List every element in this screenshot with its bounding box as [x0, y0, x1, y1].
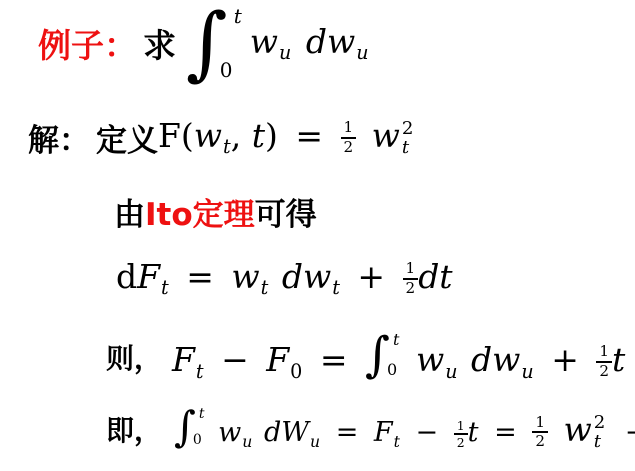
subscript-t: t: [402, 138, 414, 157]
formula-line-then: 则， Ft − F0 = ∫ t 0 wu dwu + 1 2 t: [106, 328, 625, 386]
sup-sub-stack: 2t: [594, 413, 606, 451]
fraction-numerator: 1: [454, 419, 468, 435]
by-label: 由: [114, 189, 145, 234]
subscript-t: t: [394, 432, 400, 451]
integrand: wu dwu: [250, 22, 369, 65]
differential-d: d: [471, 340, 492, 379]
subscript-t: t: [594, 432, 606, 451]
function-F: F: [158, 116, 181, 155]
that-is-label: 即，: [106, 409, 162, 449]
enlarged-term: 1 2 w2t: [532, 410, 615, 449]
math-var-W: W: [281, 417, 309, 448]
equals-sign: =: [336, 417, 359, 448]
formula-line-example: 例子： 求 ∫ t 0 wu dwu: [38, 4, 369, 82]
inline-integral: ∫ t 0: [365, 331, 399, 379]
fraction-one-half: 1 2: [532, 415, 548, 451]
integral-upper-limit: t: [393, 332, 399, 348]
obtain-label: 可得: [255, 189, 317, 234]
math-var-w: w: [416, 340, 444, 379]
math-var-F: F: [374, 417, 393, 448]
subscript-u: u: [521, 360, 533, 383]
minus-sign: −: [221, 340, 249, 379]
ito-theorem-statement: 由 Ito定理 可得: [114, 190, 317, 232]
define-label: 定义: [96, 115, 158, 160]
fraction-denominator: 2: [406, 280, 416, 297]
formula-line-definition: 解： 定义 F(wt, t) = 1 2 w2t: [28, 110, 413, 164]
math-var-w: w: [218, 417, 241, 448]
math-var-w: w: [327, 22, 355, 61]
integral-lower-limit: 0: [387, 362, 399, 378]
fraction-denominator: 2: [344, 139, 354, 156]
find-prompt: 求: [143, 20, 176, 67]
subscript-u: u: [279, 41, 291, 64]
plus-sign: +: [357, 257, 385, 296]
equals-sign: =: [494, 417, 517, 448]
formula-line-result: 即， ∫ t 0 wu dWu = Ft − 1 2 t = 1 2 w2t −…: [106, 402, 635, 456]
differential-equation: dFt = wt dwt + 1 2 dt: [116, 257, 453, 300]
solution-label: 解：: [28, 115, 90, 160]
math-var-F: F: [266, 340, 289, 379]
ito-theorem-highlight: Ito定理: [145, 189, 255, 234]
subscript-t: t: [332, 276, 340, 299]
fraction-numerator: 1: [341, 120, 357, 139]
plus-sign: +: [551, 340, 579, 379]
math-var-F: F: [172, 340, 195, 379]
subscript-t: t: [196, 360, 204, 383]
integral-upper-limit: t: [234, 6, 242, 26]
right-paren: ): [265, 116, 278, 155]
comma: ,: [231, 116, 242, 155]
math-var-w: w: [194, 116, 222, 155]
subscript-u: u: [310, 432, 320, 451]
math-var-w: w: [492, 340, 520, 379]
math-var-F: F: [137, 257, 160, 296]
fraction-one-half: 1 2: [341, 120, 357, 156]
display-integral: ∫ t 0: [186, 3, 242, 83]
fraction-numerator: 1: [403, 261, 419, 280]
formula-line-differential: dFt = wt dwt + 1 2 dt: [116, 250, 453, 306]
subscript-t: t: [261, 276, 269, 299]
subscript-0: 0: [290, 360, 302, 383]
fraction-numerator: 1: [532, 415, 548, 434]
fraction-one-half: 1 2: [454, 419, 468, 449]
equals-sign: =: [186, 257, 214, 296]
differential-dt: dt: [418, 257, 452, 296]
left-paren: (: [181, 116, 194, 155]
math-var-t: t: [468, 417, 479, 448]
fraction-denominator: 2: [457, 435, 465, 449]
fraction-denominator: 2: [599, 363, 609, 380]
math-var-t: t: [252, 116, 265, 155]
fraction-denominator: 2: [535, 433, 545, 450]
subscript-u: u: [356, 41, 368, 64]
integral-lower-limit: 0: [220, 60, 242, 80]
math-var-w: w: [564, 410, 592, 449]
fraction-numerator: 1: [596, 344, 612, 363]
fraction-one-half: 1 2: [403, 261, 419, 297]
inline-integral: ∫ t 0: [174, 406, 205, 448]
differential-d-roman: d: [116, 257, 137, 296]
subscript-t: t: [161, 276, 169, 299]
sup-sub-stack: 2t: [402, 119, 414, 157]
minus-sign: −: [625, 417, 635, 448]
example-label: 例子：: [38, 20, 137, 67]
fraction-one-half: 1 2: [596, 344, 612, 380]
integral-lower-limit: 0: [193, 433, 205, 447]
differential-d: d: [282, 257, 303, 296]
math-var-w: w: [231, 257, 259, 296]
superscript-2: 2: [402, 119, 414, 138]
superscript-2: 2: [594, 413, 606, 432]
subscript-u: u: [242, 432, 252, 451]
math-var-w: w: [303, 257, 331, 296]
then-label: 则，: [106, 337, 162, 377]
differential-d: d: [306, 22, 327, 61]
math-var-t: t: [612, 340, 625, 379]
equals-sign: =: [320, 340, 348, 379]
math-var-w: w: [372, 116, 400, 155]
then-equation: Ft − F0 = ∫ t 0 wu dwu + 1 2 t: [172, 331, 625, 383]
minus-sign: −: [416, 417, 439, 448]
equals-sign: =: [295, 116, 323, 155]
math-var-w: w: [250, 22, 278, 61]
slide-canvas: { "colors": { "accent_red": "#ee1111", "…: [0, 0, 635, 471]
result-equation: ∫ t 0 wu dWu = Ft − 1 2 t = 1 2 w2t − 1 …: [174, 406, 635, 451]
subscript-u: u: [445, 360, 457, 383]
integral-upper-limit: t: [199, 407, 205, 421]
subscript-t: t: [223, 135, 231, 158]
definition-expression: F(wt, t) = 1 2 w2t: [158, 116, 413, 159]
differential-d: d: [264, 417, 281, 448]
